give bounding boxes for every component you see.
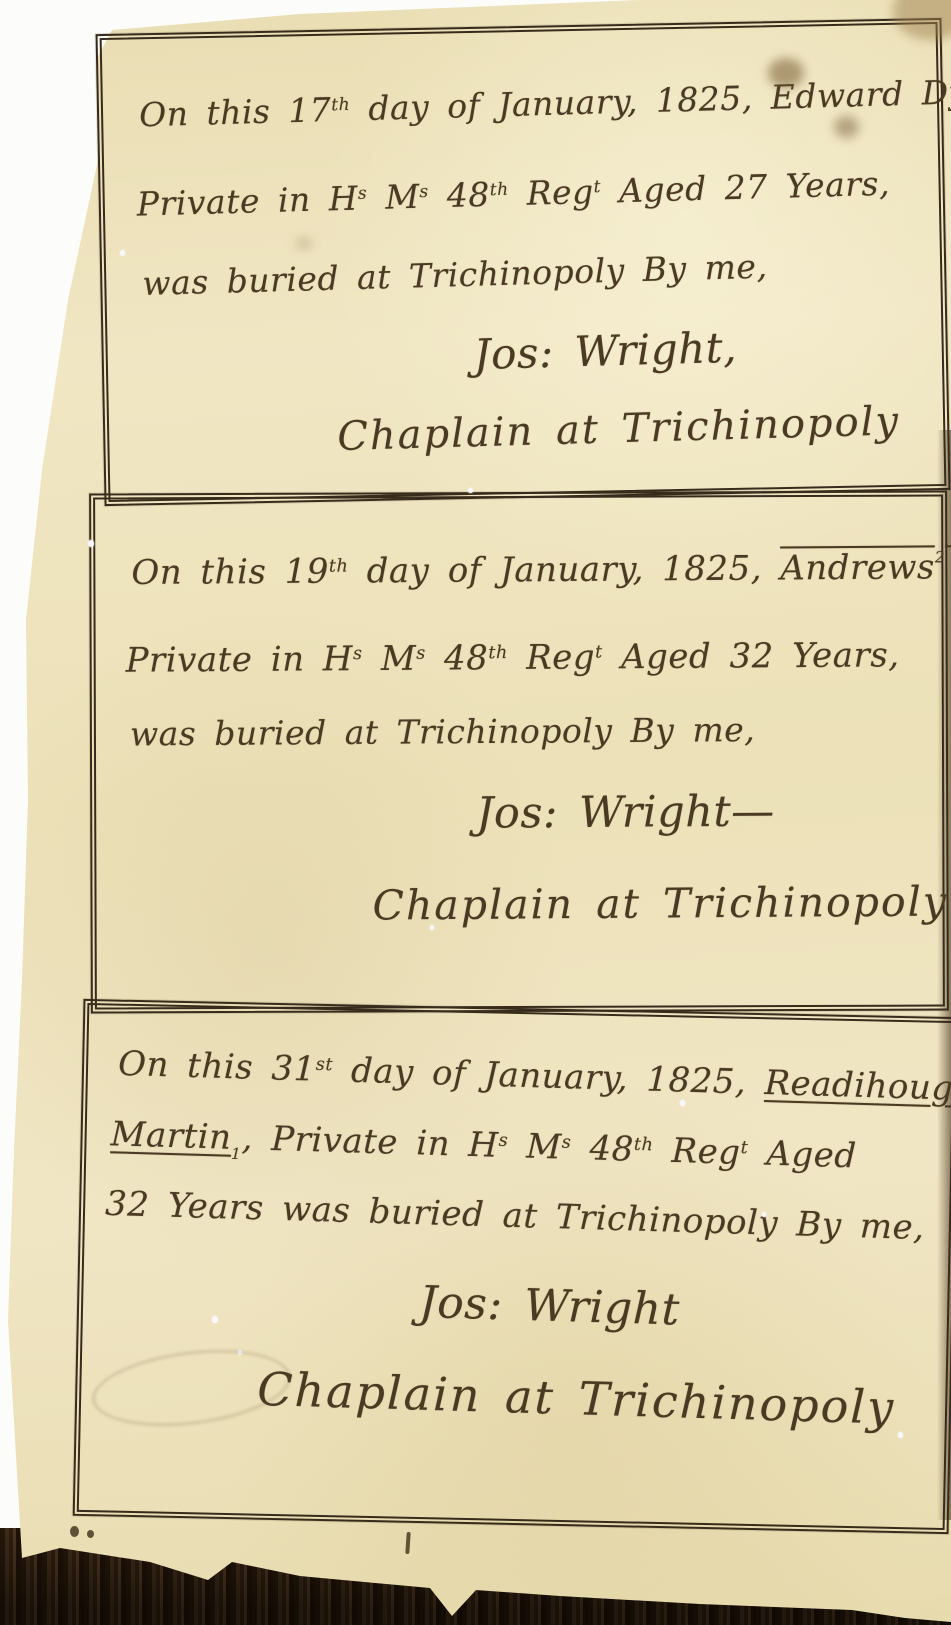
handwriting-segment: On this 19	[131, 552, 329, 593]
paper-speck	[120, 250, 125, 256]
handwriting-segment: Jos: Wright	[418, 1277, 680, 1336]
handwriting-segment: Reg	[508, 637, 596, 678]
handwriting-segment: s	[358, 184, 368, 204]
handwriting-segment: Andrews	[780, 547, 935, 588]
record-3-burial-line: 32 Years was buried at Trichinopoly By m…	[105, 1184, 925, 1248]
burial-record-2-frame: On this 19th day of January, 1825, Andre…	[89, 491, 949, 1014]
handwriting-segment: Chaplain at Trichinopoly	[337, 398, 901, 460]
handwriting-segment: Private in H	[126, 639, 354, 681]
record-1-burial-line: was buried at Trichinopoly By me,	[142, 247, 768, 303]
handwriting-segment: Aged 32 Years,	[603, 635, 900, 677]
paper-speck	[88, 540, 94, 547]
record-2-signature: Jos: Wright—	[476, 787, 775, 839]
handwriting-segment: 32 Years was buried at Trichinopoly By m…	[105, 1184, 925, 1248]
record-3-detail-line: Martin1, Private in Hs Ms 48th Regt Aged	[110, 1114, 857, 1181]
record-2-officiant-title: Chaplain at Trichinopoly	[372, 878, 948, 930]
handwriting-segment: Jos: Wright—	[476, 787, 775, 839]
handwriting-segment: James	[945, 546, 951, 587]
handwriting-segment: Reg	[508, 172, 594, 213]
handwriting-segment: day of January, 1825,	[348, 548, 780, 591]
handwriting-segment: Jos: Wright,	[473, 323, 737, 379]
record-1-officiant-title: Chaplain at Trichinopoly	[337, 398, 901, 460]
handwriting-segment: st	[316, 1055, 334, 1076]
handwriting-segment: day of January, 1825, Edward Dymoke	[350, 70, 951, 129]
paper-speck	[898, 1432, 903, 1438]
handwriting-segment: th	[331, 95, 351, 116]
ink-spot	[87, 1530, 94, 1538]
handwriting-segment: 48	[426, 638, 489, 678]
age-stain	[768, 58, 804, 88]
handwriting-segment: th	[634, 1135, 654, 1156]
burial-record-3-frame: On this 31st day of January, 1825, Readi…	[73, 999, 951, 1534]
record-3-date-line: On this 31st day of January, 1825, Readi…	[117, 1044, 951, 1115]
record-3-signature: Jos: Wright	[418, 1277, 680, 1336]
paper-speck	[468, 488, 473, 493]
paper-speck	[680, 1100, 685, 1106]
record-2-date-line: On this 19th day of January, 1825, Andre…	[131, 546, 951, 598]
handwriting-segment: 2	[935, 548, 945, 566]
record-1-detail-line: Private in Hs Ms 48th Regt Aged 27 Years…	[136, 164, 890, 224]
handwriting-segment: th	[329, 557, 349, 577]
handwriting-segment: s	[498, 1131, 508, 1151]
paper-speck	[762, 1212, 766, 1217]
handwriting-segment: s	[562, 1133, 572, 1153]
handwriting-segment: Martin	[110, 1114, 232, 1158]
handwriting-segment: day of January, 1825,	[332, 1050, 765, 1103]
handwriting-segment: 48	[571, 1128, 635, 1170]
handwriting-segment: was buried at Trichinopoly By me,	[130, 710, 756, 753]
handwriting-segment: M	[362, 639, 416, 679]
handwriting-segment: M	[367, 177, 420, 217]
record-3-officiant-title: Chaplain at Trichinopoly	[257, 1362, 896, 1435]
record-2-burial-line: was buried at Trichinopoly By me,	[130, 710, 756, 753]
handwriting-segment: Reg	[653, 1130, 741, 1173]
record-1-signature: Jos: Wright,	[473, 323, 737, 379]
handwriting-segment: was buried at Trichinopoly By me,	[142, 247, 768, 303]
age-stain	[834, 116, 859, 138]
handwriting-segment: Readihough	[764, 1063, 951, 1109]
age-stain	[296, 238, 312, 249]
photographed-register-page: On this 17th day of January, 1825, Edwar…	[0, 0, 951, 1625]
paper-speck	[430, 925, 434, 930]
handwriting-segment: s	[353, 644, 363, 664]
handwriting-segment: Private in H	[136, 179, 358, 224]
handwriting-segment: 1	[231, 1145, 242, 1163]
ink-spot	[70, 1526, 79, 1537]
record-2-detail-line: Private in Hs Ms 48th Regt Aged 32 Years…	[126, 635, 900, 680]
handwriting-segment: th	[489, 180, 509, 201]
handwriting-segment: 48	[428, 175, 490, 216]
handwriting-segment: Chaplain at Trichinopoly	[257, 1362, 896, 1435]
handwriting-segment: th	[488, 643, 508, 663]
handwriting-segment: Aged	[748, 1133, 858, 1176]
handwriting-segment: M	[507, 1126, 562, 1168]
paper-speck	[212, 1316, 218, 1323]
burial-record-1-frame: On this 17th day of January, 1825, Edwar…	[96, 18, 951, 506]
handwriting-segment: s	[416, 644, 426, 664]
handwriting-segment: , Private in H	[241, 1118, 499, 1166]
handwriting-segment: Chaplain at Trichinopoly	[372, 878, 948, 930]
handwriting-segment: On this 17	[139, 90, 332, 134]
handwriting-segment: Aged 27 Years,	[601, 164, 891, 211]
record-1-date-line: On this 17th day of January, 1825, Edwar…	[139, 70, 951, 135]
handwriting-segment: On this 31	[118, 1044, 317, 1090]
